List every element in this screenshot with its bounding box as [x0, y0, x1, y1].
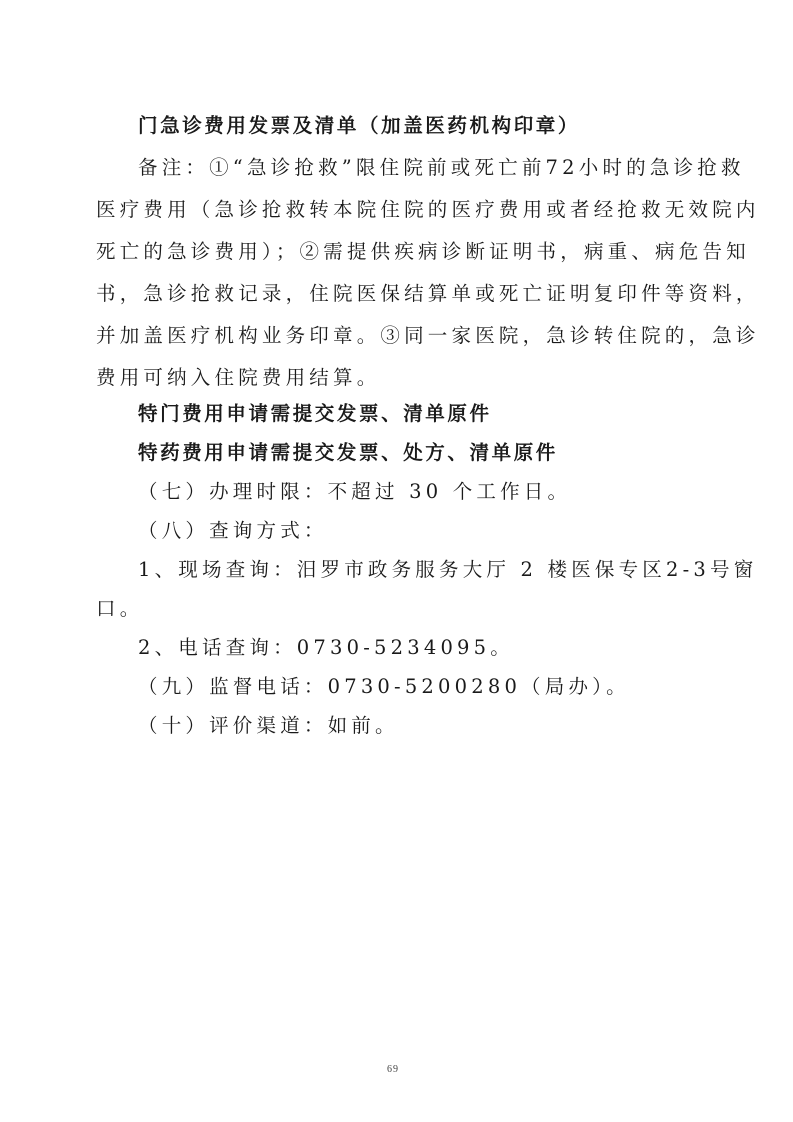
note-line: 死亡的急诊费用）；②需提供疾病诊断证明书，病重、病危告知: [96, 236, 750, 264]
inquiry-onsite-continued: 口。: [96, 593, 143, 621]
inquiry-phone: 2、电话查询：0730-5234095。: [138, 632, 514, 660]
section-heading: 门急诊费用发票及清单（加盖医药机构印章）: [138, 110, 580, 138]
inquiry-onsite: 1、现场查询：汨罗市政务服务大厅 2 楼医保专区2-3号窗: [138, 554, 757, 582]
evaluation-channel: （十）评价渠道：如前。: [138, 710, 399, 738]
page-number: 69: [387, 1064, 399, 1075]
note-line: 费用可纳入住院费用结算。: [96, 362, 380, 390]
note-line: 书，急诊抢救记录，住院医保结算单或死亡证明复印件等资料，: [96, 278, 760, 306]
time-limit: （七）办理时限：不超过 30 个工作日。: [138, 476, 571, 504]
note-line: 医疗费用（急诊抢救转本院住院的医疗费用或者经抢救无效院内: [96, 194, 760, 222]
supervision-phone: （九）监督电话：0730-5200280（局办）。: [138, 671, 630, 699]
inquiry-title: （八）查询方式：: [138, 515, 328, 543]
note-line: 并加盖医疗机构业务印章。③同一家医院，急诊转住院的，急诊: [96, 320, 760, 348]
special-drug-requirement: 特药费用申请需提交发票、处方、清单原件: [138, 437, 558, 465]
special-outpatient-requirement: 特门费用申请需提交发票、清单原件: [138, 398, 492, 426]
note-line: 备注：①“急诊抢救”限住院前或死亡前72小时的急诊抢救: [138, 152, 745, 180]
